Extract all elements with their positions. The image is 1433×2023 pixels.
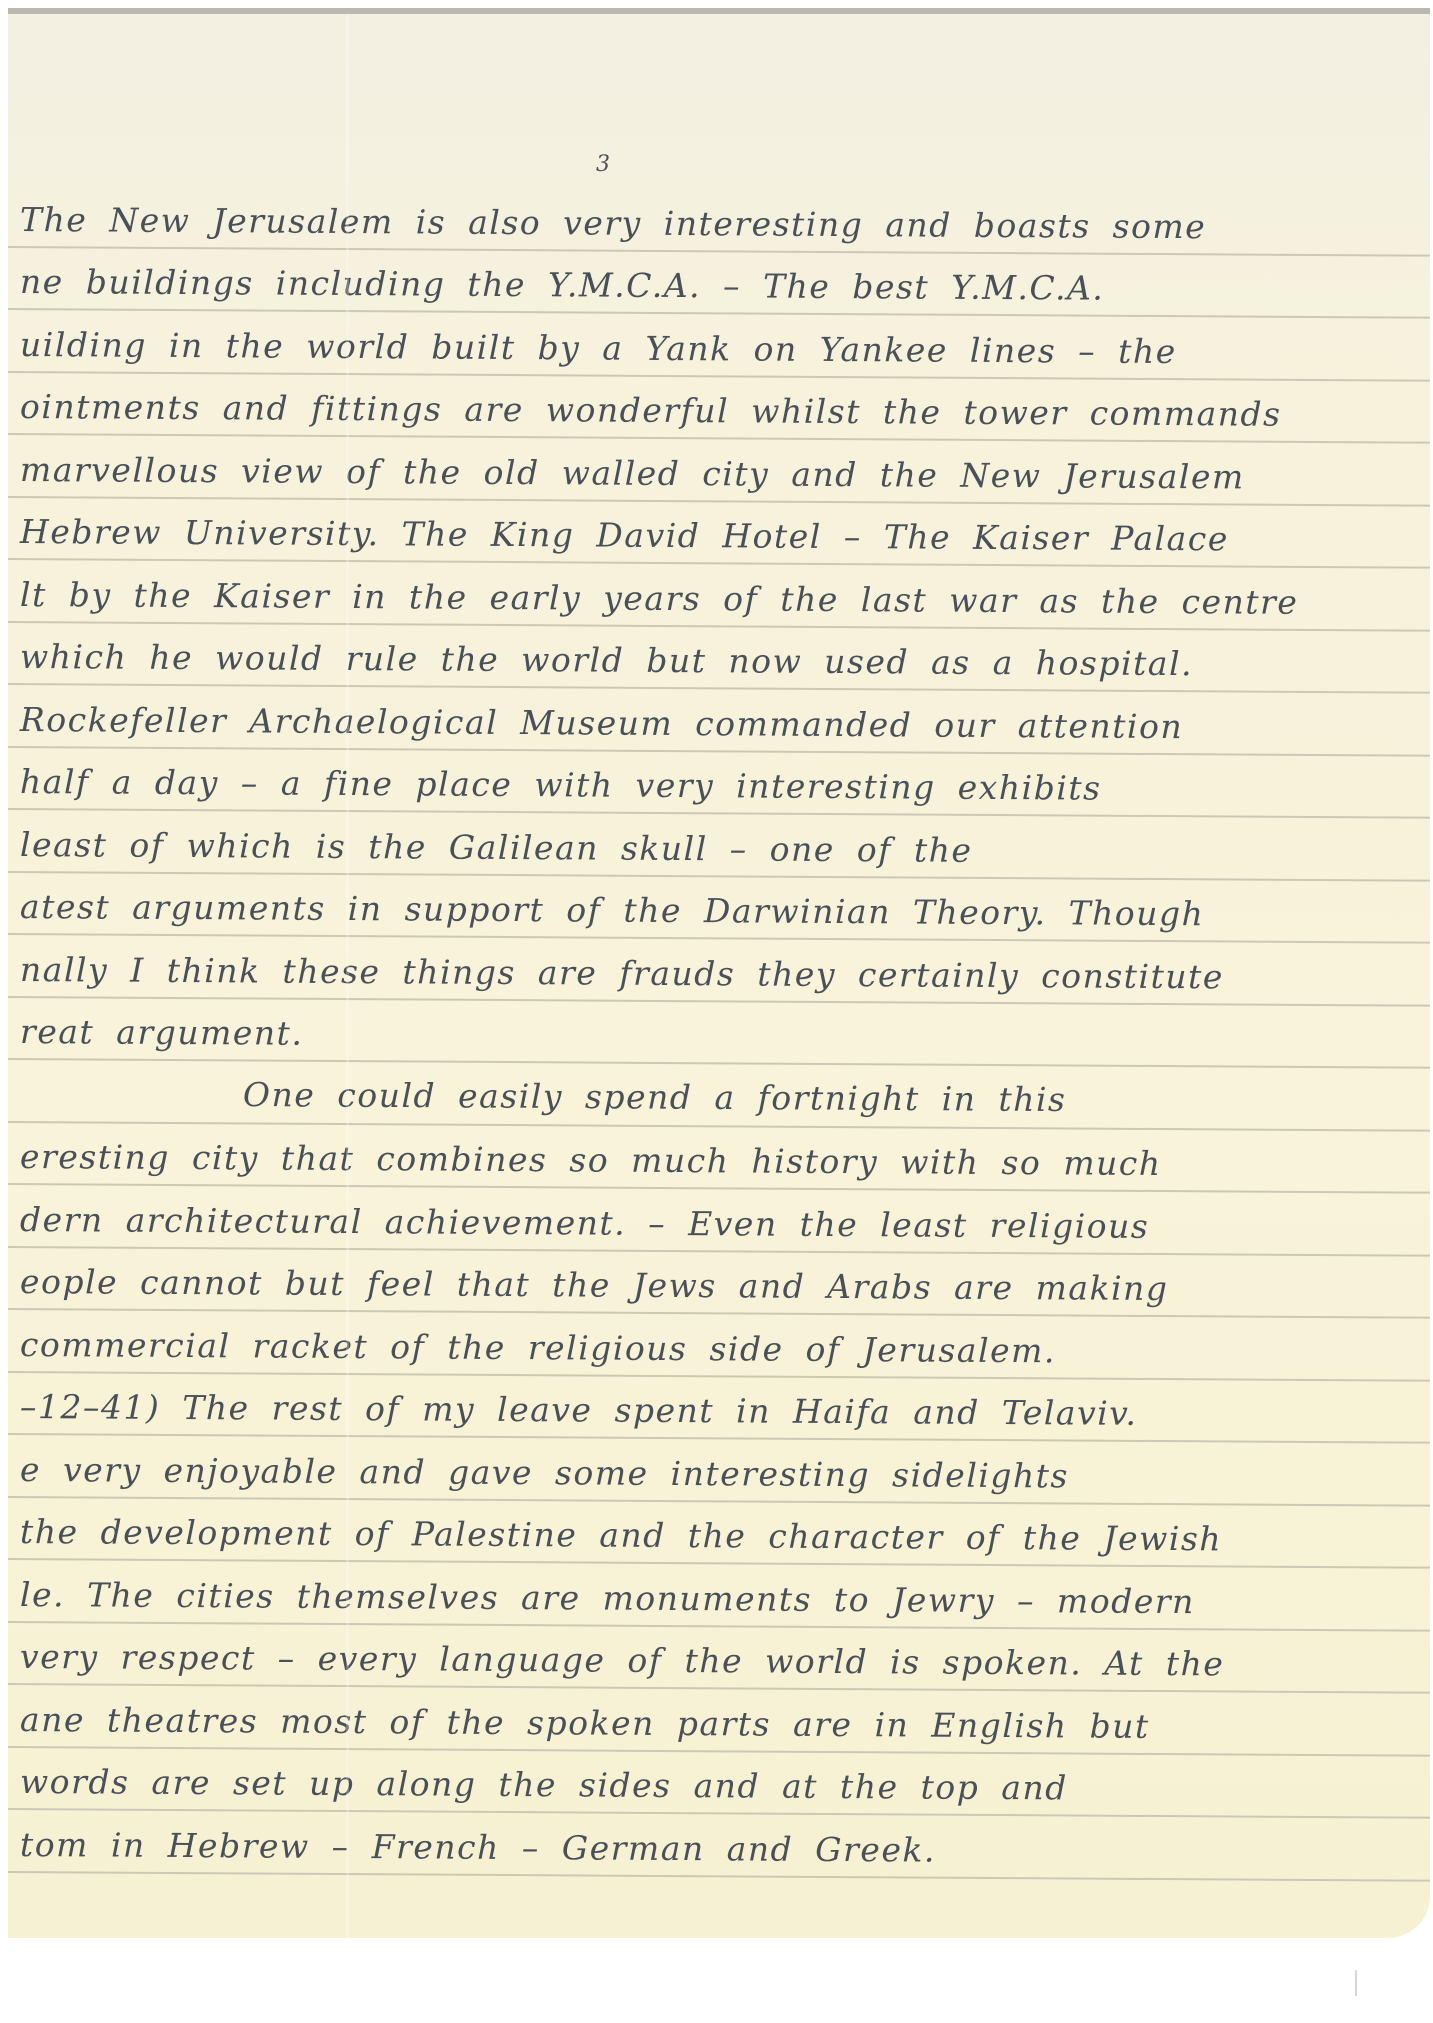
ruled-line bbox=[8, 1058, 1430, 1069]
ruled-line bbox=[8, 1308, 1430, 1319]
ruled-line bbox=[8, 1683, 1430, 1694]
text-line: e very enjoyable and gave some interesti… bbox=[20, 1450, 1069, 1495]
text-line: ointments and fittings are wonderful whi… bbox=[20, 387, 1282, 434]
ruled-line bbox=[8, 808, 1430, 819]
ruled-line bbox=[8, 746, 1430, 757]
ruled-line bbox=[8, 933, 1430, 944]
text-line: commercial racket of the religious side … bbox=[20, 1325, 1056, 1370]
ruled-line bbox=[8, 1246, 1430, 1257]
ruled-line bbox=[8, 558, 1430, 569]
ruled-line bbox=[8, 246, 1430, 257]
text-line-paragraph-start: One could easily spend a fortnight in th… bbox=[243, 1075, 1067, 1119]
ruled-line bbox=[8, 1371, 1430, 1382]
text-line: uilding in the world built by a Yank on … bbox=[20, 325, 1177, 371]
text-line: atest arguments in support of the Darwin… bbox=[20, 887, 1205, 933]
ruled-line bbox=[8, 871, 1430, 882]
text-line: very respect – every language of the wor… bbox=[20, 1637, 1225, 1683]
text-line: nally I think these things are frauds th… bbox=[20, 950, 1224, 996]
scan-artifact-mark bbox=[1355, 1970, 1357, 1996]
ruled-line bbox=[8, 1808, 1430, 1819]
text-line: le. The cities themselves are monuments … bbox=[20, 1575, 1195, 1621]
text-line: ne buildings including the Y.M.C.A. – Th… bbox=[20, 262, 1105, 308]
ruled-line bbox=[8, 308, 1430, 319]
text-line: marvellous view of the old walled city a… bbox=[20, 450, 1245, 496]
ruled-line bbox=[8, 1746, 1430, 1757]
text-line-dated-entry: –12–41) The rest of my leave spent in Ha… bbox=[20, 1387, 1138, 1433]
text-line: half a day – a fine place with very inte… bbox=[20, 762, 1102, 808]
text-line: The New Jerusalem is also very interesti… bbox=[20, 200, 1206, 246]
ruled-line bbox=[8, 1496, 1430, 1507]
text-line: least of which is the Galilean skull – o… bbox=[20, 825, 973, 870]
text-line: words are set up along the sides and at … bbox=[20, 1762, 1068, 1807]
ruled-line bbox=[8, 996, 1430, 1007]
page-number: 3 bbox=[596, 152, 610, 177]
ruled-line bbox=[8, 1558, 1430, 1569]
ruled-line bbox=[8, 621, 1430, 632]
ruled-line bbox=[8, 433, 1430, 444]
ruled-line bbox=[8, 496, 1430, 507]
text-line: tom in Hebrew – French – German and Gree… bbox=[20, 1825, 936, 1870]
ruled-line bbox=[8, 1183, 1430, 1194]
text-line: eople cannot but feel that the Jews and … bbox=[20, 1262, 1169, 1308]
letter-page: 3 The New Jerusalem is also very interes… bbox=[8, 8, 1430, 1938]
text-line: Hebrew University. The King David Hotel … bbox=[20, 512, 1229, 558]
ruled-line bbox=[8, 1433, 1430, 1444]
text-line: Rockefeller Archaelogical Museum command… bbox=[20, 700, 1183, 746]
ruled-line bbox=[8, 1871, 1430, 1882]
text-line: lt by the Kaiser in the early years of t… bbox=[20, 575, 1299, 622]
text-line: ane theatres most of the spoken parts ar… bbox=[20, 1700, 1150, 1746]
text-line: the development of Palestine and the cha… bbox=[20, 1512, 1222, 1558]
text-line: reat argument. bbox=[20, 1012, 304, 1053]
text-line: eresting city that combines so much hist… bbox=[20, 1137, 1162, 1183]
ruled-line bbox=[8, 683, 1430, 694]
text-line: which he would rule the world but now us… bbox=[20, 637, 1193, 683]
ruled-line bbox=[8, 371, 1430, 382]
ruled-line bbox=[8, 1621, 1430, 1632]
ruled-line bbox=[8, 1121, 1430, 1132]
text-line: dern architectural achievement. – Even t… bbox=[20, 1200, 1150, 1246]
